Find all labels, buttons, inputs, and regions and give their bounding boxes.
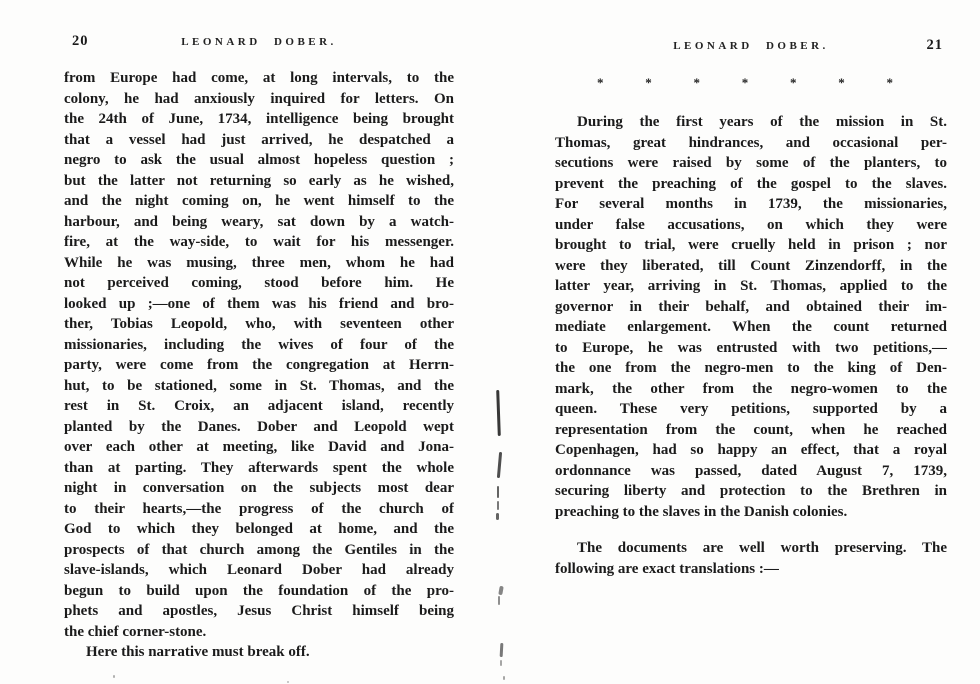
asterisk-icon: * xyxy=(838,76,845,90)
ink-smudge xyxy=(497,501,499,510)
text-line: looked up ;—one of them was his friend a… xyxy=(64,294,454,315)
ink-smudge xyxy=(498,596,500,605)
page-right: LEONARD DOBER. 21 ******* During the fir… xyxy=(555,40,947,579)
ink-smudge xyxy=(496,513,499,520)
text-line: but the latter not returning so early as… xyxy=(64,171,454,192)
text-line: fire, at the way-side, to wait for his m… xyxy=(64,232,454,253)
text-line: prospects of that church among the Genti… xyxy=(64,540,454,561)
ink-smudge xyxy=(503,676,505,680)
text-line: begun to build upon the foundation of th… xyxy=(64,581,454,602)
text-line: than at parting. They afterwards spent t… xyxy=(64,458,454,479)
text-line: from Europe had come, at long intervals,… xyxy=(64,68,454,89)
text-line: Here this narrative must break off. xyxy=(64,642,454,663)
ink-smudge xyxy=(496,390,501,436)
ink-smudge xyxy=(500,660,502,666)
text-line: party, were come from the congregation a… xyxy=(64,355,454,376)
text-line: preaching to the slaves in the Danish co… xyxy=(555,502,947,523)
text-line: over each other at meeting, like David a… xyxy=(64,437,454,458)
text-line: While he was musing, three men, whom he … xyxy=(64,253,454,274)
text-line: Thomas, great hindrances, and occasional… xyxy=(555,133,947,154)
text-line: ther, Tobias Leopold, who, with seventee… xyxy=(64,314,454,335)
text-line: Copenhagen, had so happy an effect, that… xyxy=(555,440,947,461)
text-line: planted by the Danes. Dober and Leopold … xyxy=(64,417,454,438)
text-line: were they liberated, till Count Zinzendo… xyxy=(555,256,947,277)
page-left-header: 20 LEONARD DOBER. xyxy=(64,36,454,52)
page-left-lines: from Europe had come, at long intervals,… xyxy=(64,68,454,663)
ink-smudge xyxy=(497,452,502,478)
text-line: God to which they belonged at home, and … xyxy=(64,519,454,540)
page-left: 20 LEONARD DOBER. from Europe had come, … xyxy=(64,36,454,663)
text-line: not perceived coming, stood before him. … xyxy=(64,273,454,294)
text-line: to Europe, he was entrusted with two pet… xyxy=(555,338,947,359)
page-number-right: 21 xyxy=(927,37,944,54)
text-line: rest in St. Croix, an adjacent island, r… xyxy=(64,396,454,417)
book-scan: 20 LEONARD DOBER. from Europe had come, … xyxy=(0,0,980,684)
text-line: colony, he had anxiously inquired for le… xyxy=(64,89,454,110)
ink-smudge xyxy=(497,486,499,498)
text-line: hut, to be stationed, some in St. Thomas… xyxy=(64,376,454,397)
text-line: queen. These very petitions, supported b… xyxy=(555,399,947,420)
text-line: securing liberty and protection to the B… xyxy=(555,481,947,502)
text-line: the 24th of June, 1734, intelligence bei… xyxy=(64,109,454,130)
text-line: For several months in 1739, the missiona… xyxy=(555,194,947,215)
text-line: phets and apostles, Jesus Christ himself… xyxy=(64,601,454,622)
text-line: slave-islands, which Leonard Dober had a… xyxy=(64,560,454,581)
text-line: secutions were raised by some of the pla… xyxy=(555,153,947,174)
ink-smudge xyxy=(498,586,504,596)
asterisk-icon: * xyxy=(887,76,894,90)
text-line: During the first years of the mission in… xyxy=(555,112,947,133)
asterisk-ornament: ******* xyxy=(597,76,893,90)
running-header-left: LEONARD DOBER. xyxy=(64,36,454,48)
text-line: under false accusations, on which they w… xyxy=(555,215,947,236)
text-line: the chief corner-stone. xyxy=(64,622,454,643)
ink-smudge xyxy=(500,643,504,657)
text-line: ordonnance was passed, dated August 7, 1… xyxy=(555,461,947,482)
text-line: prevent the preaching of the gospel to t… xyxy=(555,174,947,195)
text-line: mediate enlargement. When the count retu… xyxy=(555,317,947,338)
asterisk-icon: * xyxy=(742,76,749,90)
text-line: night in conversation on the subjects mo… xyxy=(64,478,454,499)
text-line: following are exact translations :— xyxy=(555,559,947,580)
text-line: The documents are well worth preserving.… xyxy=(555,538,947,559)
text-line: to their hearts,—the progress of the chu… xyxy=(64,499,454,520)
page-number-left: 20 xyxy=(72,33,89,50)
ink-smudge xyxy=(287,681,289,683)
page-right-lines: During the first years of the mission in… xyxy=(555,112,947,579)
text-line: and the night coming on, he went himself… xyxy=(64,191,454,212)
asterisk-icon: * xyxy=(694,76,701,90)
text-line: that a vessel had just arrived, he despa… xyxy=(64,130,454,151)
asterisk-icon: * xyxy=(790,76,797,90)
text-line: the one from the negro-men to the king o… xyxy=(555,358,947,379)
text-line: governor in their behalf, and obtained t… xyxy=(555,297,947,318)
text-line: representation from the count, when he r… xyxy=(555,420,947,441)
running-header-right: LEONARD DOBER. xyxy=(555,40,947,52)
text-line: latter year, arriving in St. Thomas, app… xyxy=(555,276,947,297)
text-line: brought to trial, were cruelly held in p… xyxy=(555,235,947,256)
text-line: missionaries, including the wives of fou… xyxy=(64,335,454,356)
page-right-header: LEONARD DOBER. 21 xyxy=(555,40,947,56)
asterisk-icon: * xyxy=(645,76,652,90)
text-line: mark, the other from the negro-women to … xyxy=(555,379,947,400)
ink-smudge xyxy=(113,675,115,678)
asterisk-icon: * xyxy=(597,76,604,90)
text-line: negro to ask the usual almost hopeless q… xyxy=(64,150,454,171)
text-line: harbour, and being weary, sat down by a … xyxy=(64,212,454,233)
